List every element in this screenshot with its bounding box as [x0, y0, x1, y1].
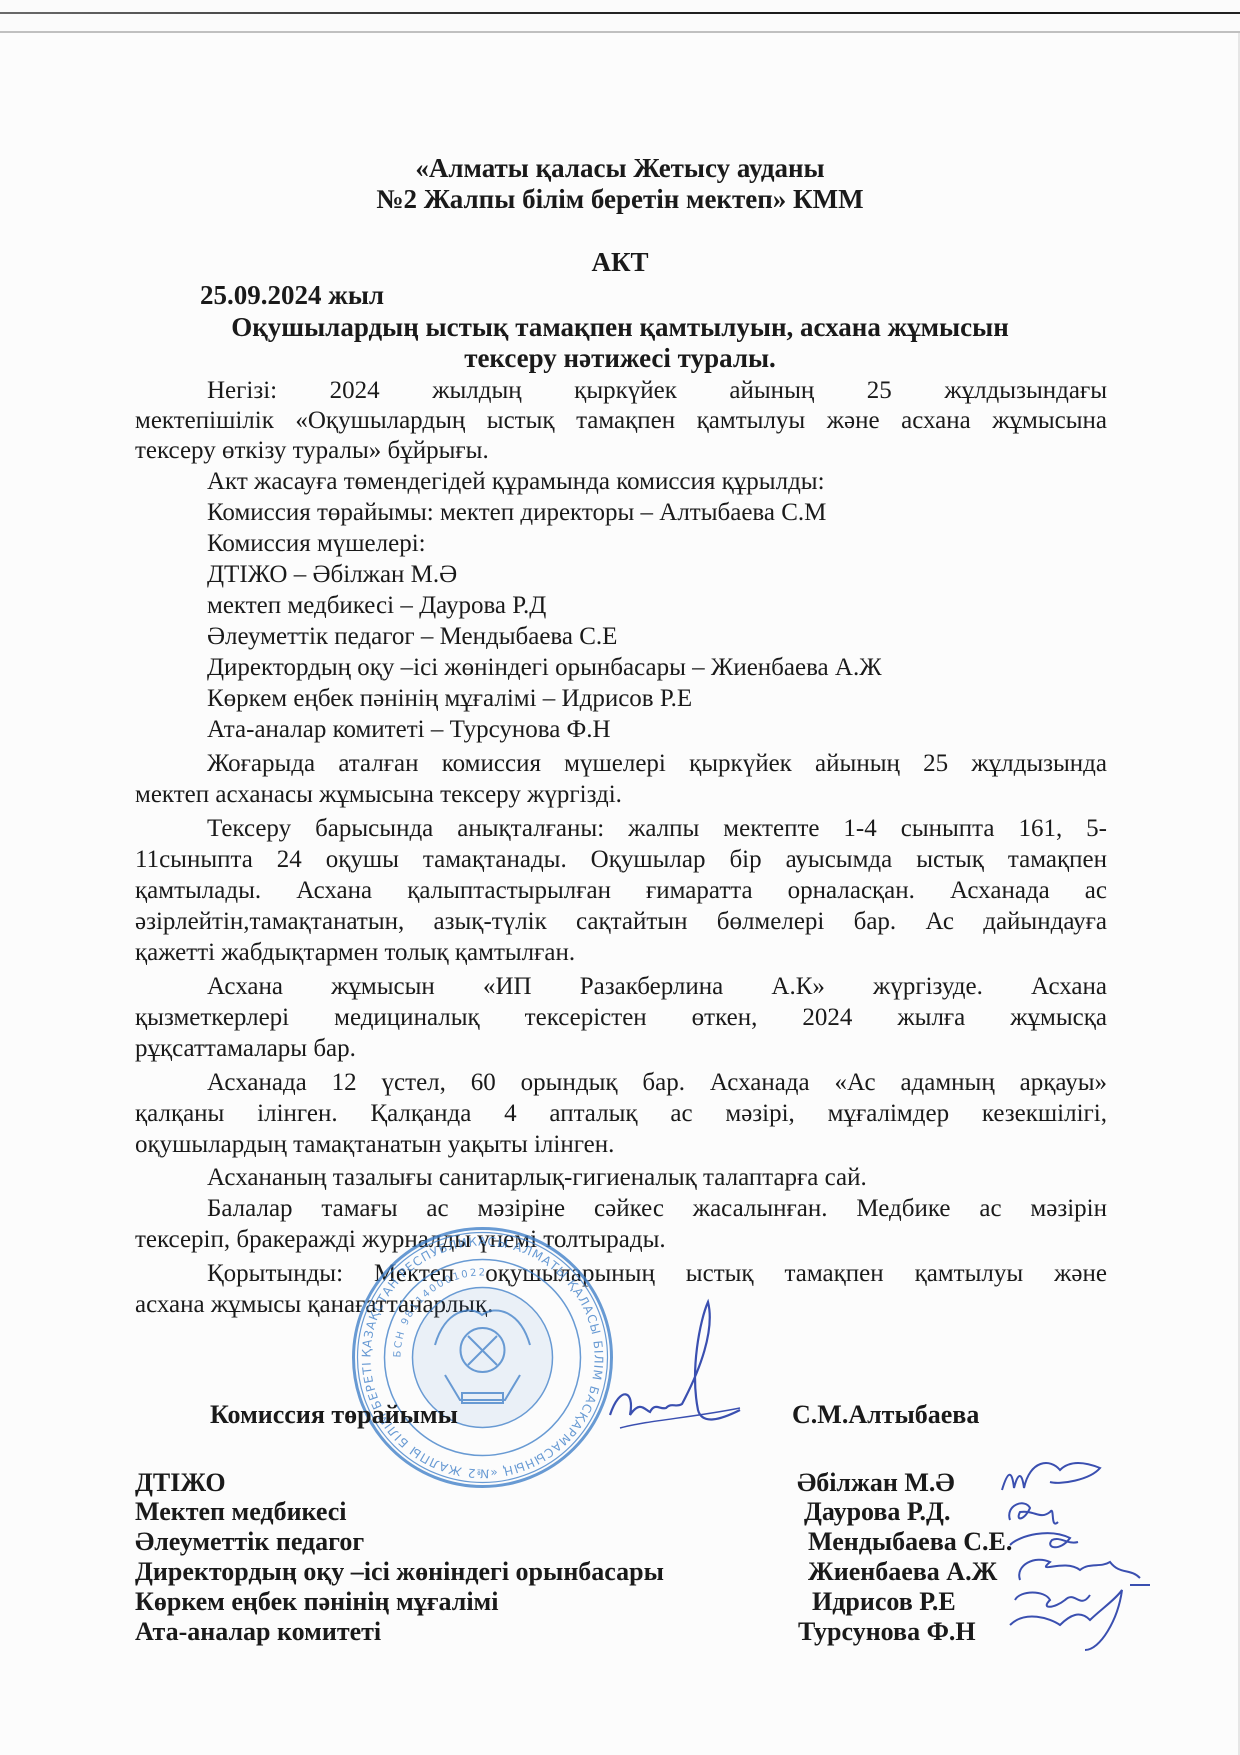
findings-line-5: қажетті жабдықтармен толық қамтылған. [135, 938, 575, 968]
sig-name: Әбілжан М.Ә [797, 1468, 955, 1498]
basis-line-3: тексеру өткізу туралы» бұйрығы. [135, 436, 489, 466]
inspection-line-2: мектеп асханасы жұмысына тексеру жүргізд… [135, 780, 622, 810]
sig-role: Директордың оқу –ісі жөніндегі орынбасар… [135, 1557, 664, 1587]
commission-intro: Акт жасауға төмендегідей құрамында комис… [207, 467, 825, 497]
member-item: мектеп медбикесі – Даурова Р.Д [207, 591, 546, 621]
inspection-line-1: Жоғарыда аталған комиссия мүшелері қыркү… [207, 749, 1107, 779]
member-item: ДТІЖО – Әбілжан М.Ә [207, 560, 457, 590]
operator-line-3: рұқсаттамалары бар. [135, 1034, 356, 1064]
menu-line-2: тексеріп, бракеражді журналды үнемі толт… [135, 1225, 666, 1255]
chair-name: С.М.Алтыбаева [792, 1400, 979, 1430]
menu-line-1: Балалар тамағы ас мәзіріне сәйкес жасалы… [207, 1194, 1107, 1224]
furniture-line-3: оқушылардың тамақтанатын уақыты ілінген. [135, 1130, 614, 1160]
hygiene-line: Асхананың тазалығы санитарлық-гигиеналық… [207, 1163, 867, 1193]
sig-role: Әлеуметтік педагог [135, 1527, 364, 1557]
sig-name: Турсунова Ф.Н [798, 1617, 976, 1647]
sig-name: Идрисов Р.Е [812, 1587, 956, 1617]
member-signatures-icon [990, 1450, 1220, 1690]
member-item: Әлеуметтік педагог – Мендыбаева С.Е [207, 622, 617, 652]
findings-line-1: Тексеру барысында анықталғаны: жалпы мек… [207, 814, 1107, 844]
doc-type: АКТ [0, 247, 1240, 277]
commission-chair: Комиссия төрайымы: мектеп директоры – Ал… [207, 498, 826, 528]
org-line-1: «Алматы қаласы Жетысу ауданы [0, 153, 1240, 183]
sig-name: Жиенбаева А.Ж [808, 1557, 997, 1587]
operator-line-1: Асхана жұмысын «ИП Разакберлина А.К» жүр… [207, 972, 1107, 1002]
sig-name: Даурова Р.Д. [804, 1497, 950, 1527]
member-item: Ата-аналар комитеті – Турсунова Ф.Н [207, 715, 611, 745]
chair-role: Комиссия төрайымы [210, 1400, 458, 1430]
official-stamp-icon: ҚАЗАҚСТАН РЕСПУБЛИКАСЫ АЛМАТЫ ҚАЛАСЫ БІЛ… [350, 1225, 615, 1490]
sig-role: Мектеп медбикесі [135, 1497, 347, 1527]
findings-line-3: қамтылады. Асхана қалыптастырылған ғимар… [135, 876, 1107, 906]
doc-title-line-1: Оқушылардың ыстық тамақпен қамтылуын, ас… [0, 312, 1240, 342]
sig-role: Ата-аналар комитеті [135, 1617, 381, 1647]
doc-date: 25.09.2024 жыл [200, 280, 384, 310]
operator-line-2: қызметкерлері медициналық тексерістен өт… [135, 1003, 1107, 1033]
doc-title-line-2: тексеру нәтижесі туралы. [0, 343, 1240, 373]
basis-line-2: мектепішілік «Оқушылардың ыстық тамақпен… [135, 406, 1107, 436]
findings-line-4: әзірлейтін,тамақтанатын, азық-түлік сақт… [135, 907, 1107, 937]
members-label: Комиссия мүшелері: [207, 529, 426, 559]
basis-line-1: Негізі: 2024 жылдың қыркүйек айының 25 ж… [207, 376, 1107, 406]
furniture-line-2: қалқаны ілінген. Қалқанда 4 апталық ас м… [135, 1099, 1107, 1129]
scan-edge [0, 12, 1240, 14]
sig-role: Көркем еңбек пәнінің мұғалімі [135, 1587, 499, 1617]
page-top-edge [0, 31, 1240, 33]
sig-name: Мендыбаева С.Е. [808, 1527, 1012, 1557]
member-item: Директордың оқу –ісі жөніндегі орынбасар… [207, 653, 882, 683]
furniture-line-1: Асханада 12 үстел, 60 орындық бар. Асхан… [207, 1068, 1107, 1098]
findings-line-2: 11сыныпта 24 оқушы тамақтанады. Оқушылар… [135, 845, 1107, 875]
chair-signature-icon [590, 1290, 750, 1440]
conclusion-line-1: Қорытынды: Мектеп оқушыларының ыстық там… [207, 1259, 1107, 1289]
sig-role: ДТІЖО [135, 1468, 226, 1498]
member-item: Көркем еңбек пәнінің мұғалімі – Идрисов … [207, 684, 692, 714]
org-line-2: №2 Жалпы білім беретін мектеп» КММ [0, 184, 1240, 214]
